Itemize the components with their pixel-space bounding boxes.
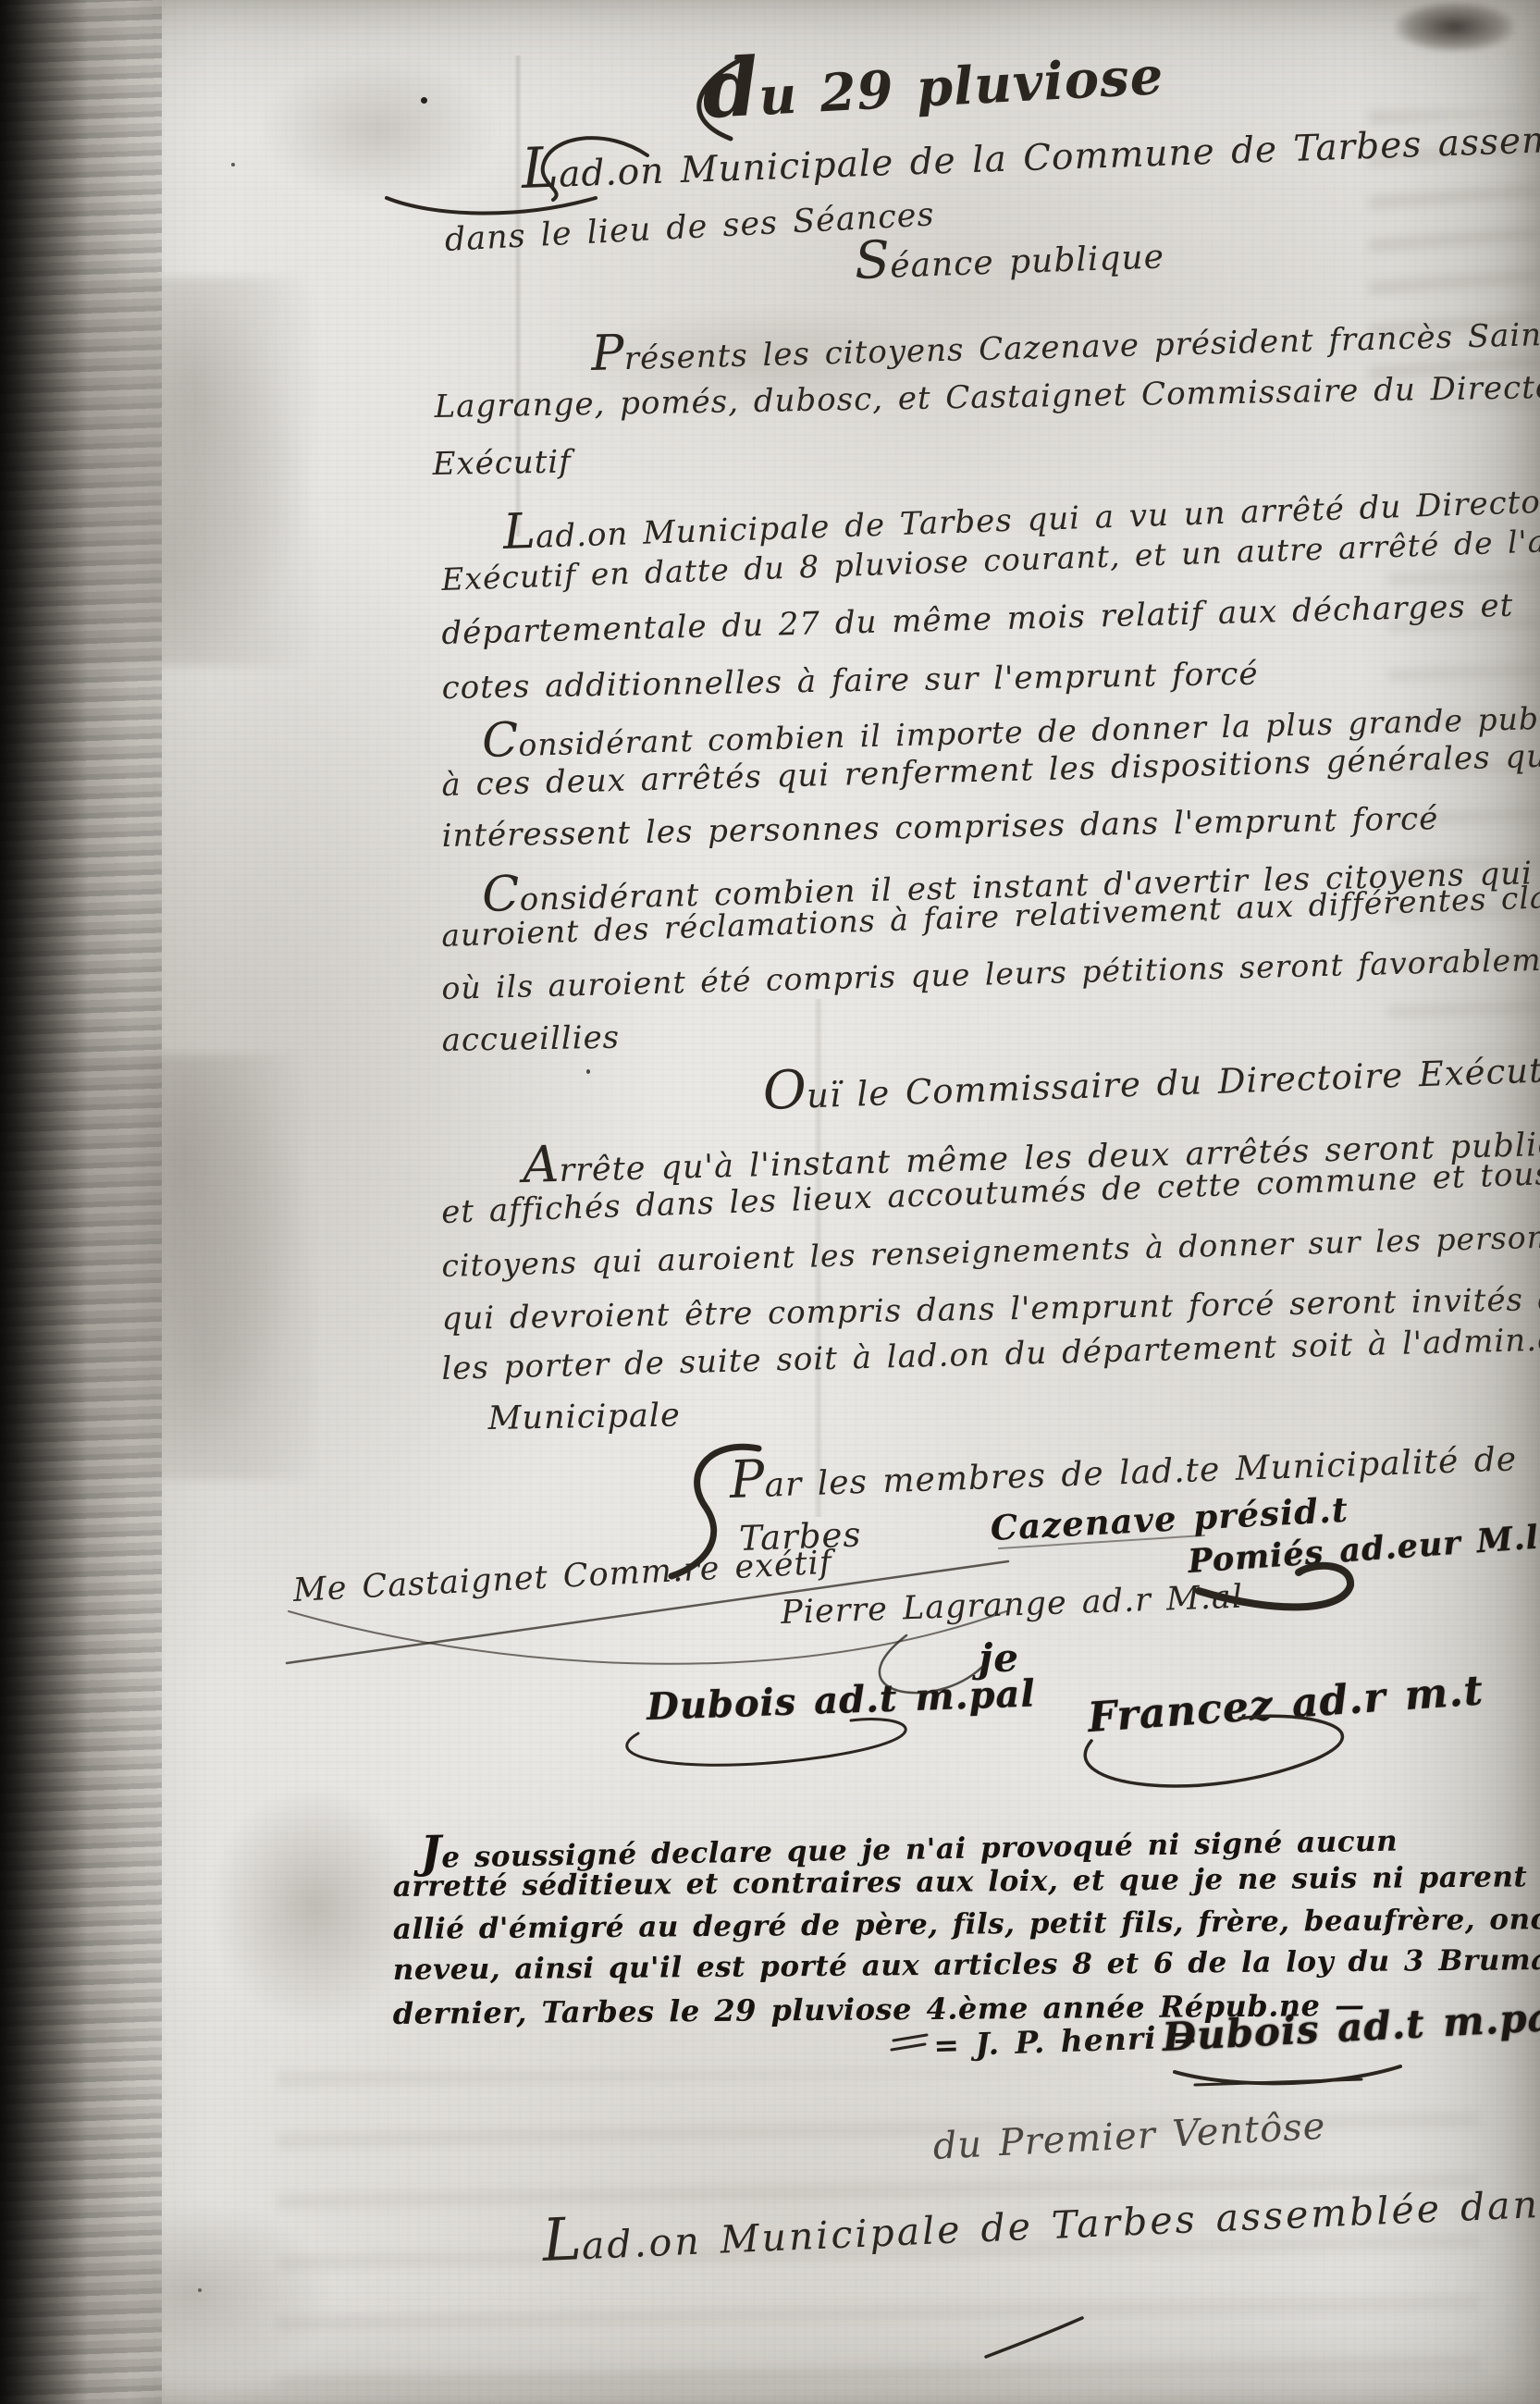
corner-smudge	[1395, 2, 1515, 52]
ink-speck	[198, 2288, 202, 2292]
arrete-line: citoyens qui auroient les renseignements…	[441, 1217, 1540, 1284]
ink-speck	[231, 163, 235, 166]
expose-line: départementale du 27 du même mois relati…	[441, 587, 1514, 652]
signature-francez: Francez ad.r m.t	[1086, 1667, 1485, 1742]
oui-commissaire-heading: Ouï le Commissaire du Directoire Exécuti…	[762, 1032, 1540, 1122]
ink-speck	[586, 1069, 590, 1074]
signature-lagrange: Pierre Lagrange ad.r M.al	[781, 1579, 1244, 1632]
signature-dubois: Dubois ad.t m.pal	[646, 1671, 1036, 1729]
stain	[208, 1785, 421, 2026]
manuscript-page: du 29 pluviose Lad.on Municipale de la C…	[0, 0, 1540, 2404]
signature-castaignet: Me Castaignet Comm.re exétif	[292, 1545, 833, 1609]
considerant-line: où ils auroient été compris que leurs pé…	[441, 940, 1540, 1006]
arrete-line: Municipale	[487, 1397, 681, 1437]
seance-publique-label: Séance publique	[854, 220, 1165, 291]
ink-speck	[421, 97, 427, 104]
declaration-line: neveu, ainsi qu'il est porté aux article…	[393, 1943, 1540, 1987]
presents-line: Exécutif	[432, 443, 572, 483]
considerant-line: accueillies	[441, 1019, 620, 1059]
closing-line: Par les membres de lad.te Municipalité d…	[729, 1423, 1518, 1510]
date-heading-1-ventose: du Premier Ventôse	[932, 2105, 1327, 2168]
declaration-line: allié d'émigré au degré de père, fils, p…	[393, 1902, 1540, 1946]
ventose-opening-line: Lad.on Municipale de Tarbes assemblée da…	[541, 2162, 1540, 2275]
stain	[259, 55, 499, 203]
binding-shadow	[0, 0, 88, 2404]
presents-line: Présents les citoyens Cazenave président…	[590, 297, 1540, 382]
